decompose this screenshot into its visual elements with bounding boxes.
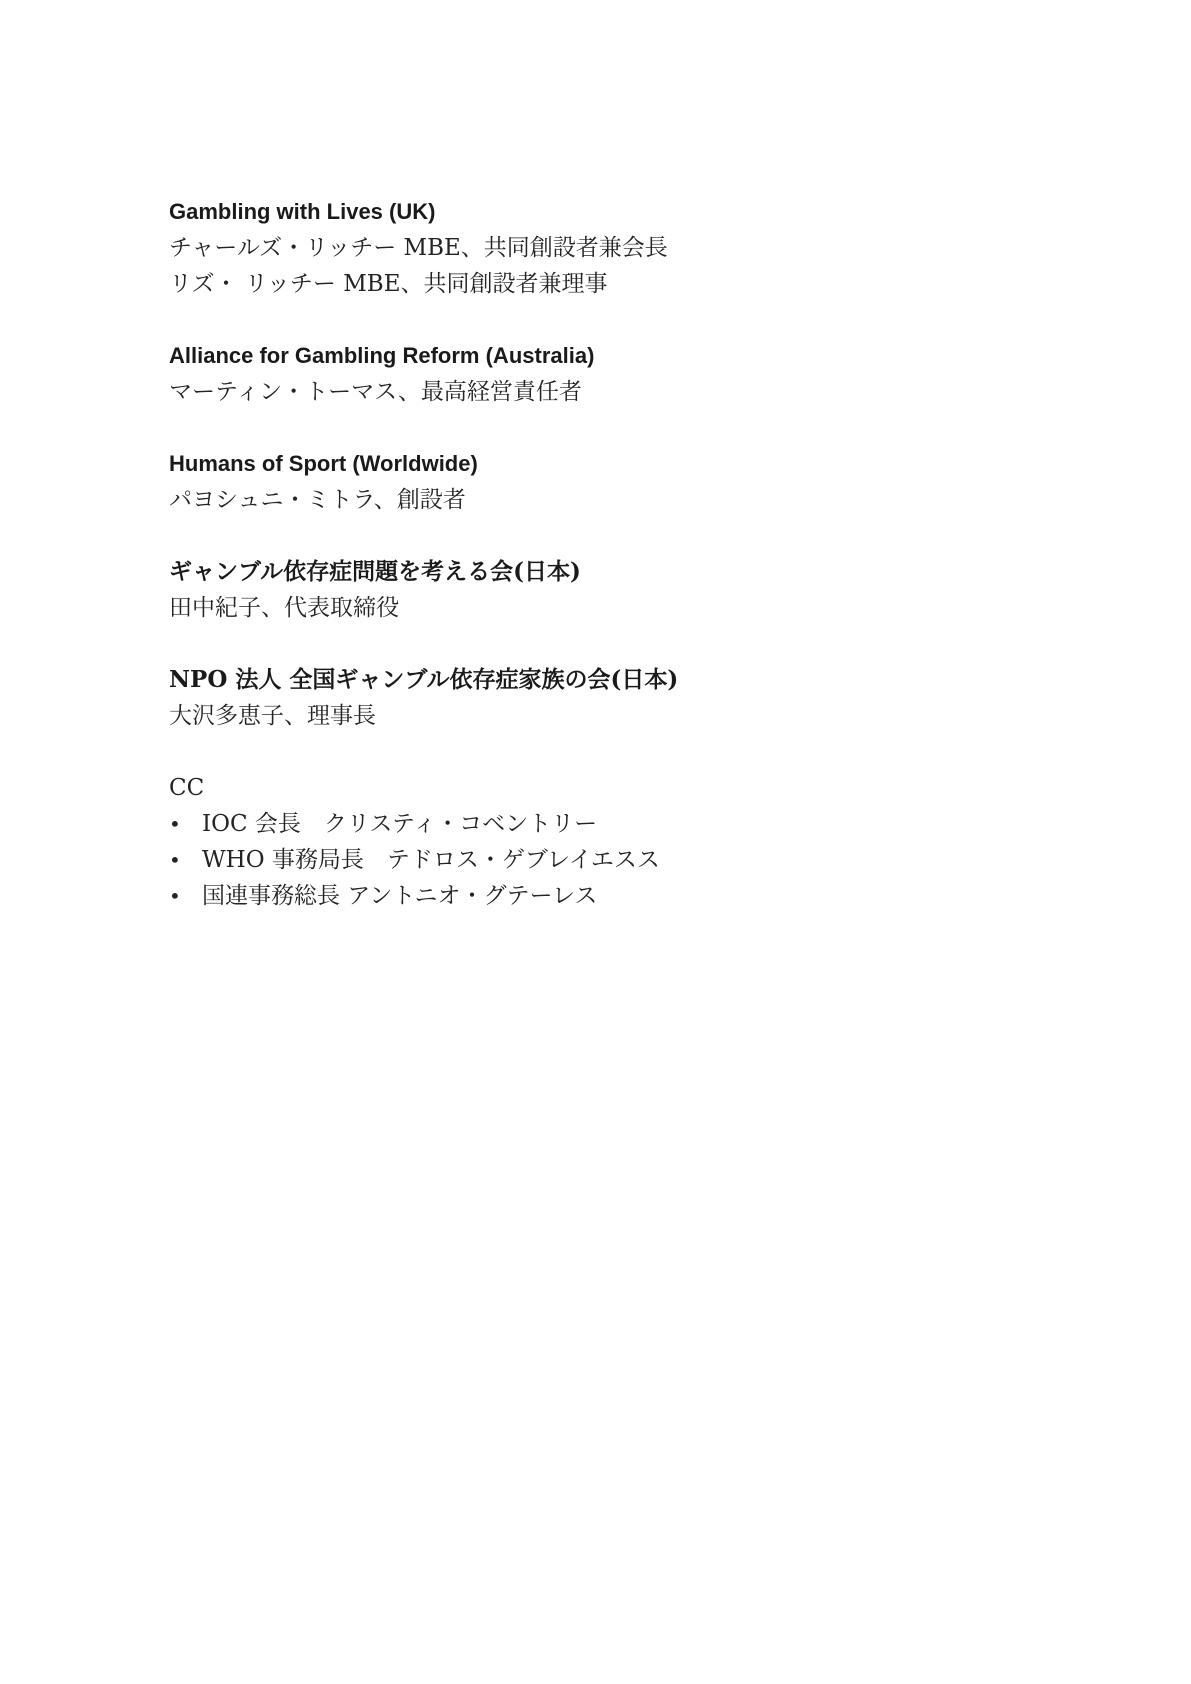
section-line: マーティン・トーマス、最高経営責任者 xyxy=(169,374,1029,410)
section-line: 田中紀子、代表取締役 xyxy=(169,590,1029,626)
section-gambling-addiction-society: ギャンブル依存症問題を考える会(日本) 田中紀子、代表取締役 xyxy=(169,554,1029,626)
bullet-icon: • xyxy=(169,806,202,842)
section-gambling-with-lives: Gambling with Lives (UK) チャールズ・リッチー MBE、… xyxy=(169,194,1029,302)
cc-item: • WHO 事務局長 テドロス・ゲブレイエスス xyxy=(169,842,1029,878)
section-line: チャールズ・リッチー MBE、共同創設者兼会長 xyxy=(169,230,1029,266)
section-heading: NPO 法人 全国ギャンブル依存症家族の会(日本) xyxy=(169,662,1029,698)
section-heading: Humans of Sport (Worldwide) xyxy=(169,446,1029,482)
cc-label: CC xyxy=(169,770,1029,806)
cc-block: CC • IOC 会長 クリスティ・コベントリー • WHO 事務局長 テドロス… xyxy=(169,770,1029,914)
cc-item-text: WHO 事務局長 テドロス・ゲブレイエスス xyxy=(202,842,660,878)
section-heading: Alliance for Gambling Reform (Australia) xyxy=(169,338,1029,374)
section-line: 大沢多恵子、理事長 xyxy=(169,698,1029,734)
section-npo-family-association: NPO 法人 全国ギャンブル依存症家族の会(日本) 大沢多恵子、理事長 xyxy=(169,662,1029,734)
bullet-icon: • xyxy=(169,878,202,914)
cc-item-text: 国連事務総長 アントニオ・グテーレス xyxy=(202,878,597,914)
document-content: Gambling with Lives (UK) チャールズ・リッチー MBE、… xyxy=(169,194,1029,950)
cc-item-text: IOC 会長 クリスティ・コベントリー xyxy=(202,806,597,842)
section-heading: ギャンブル依存症問題を考える会(日本) xyxy=(169,554,1029,590)
section-heading: Gambling with Lives (UK) xyxy=(169,194,1029,230)
document-page: Gambling with Lives (UK) チャールズ・リッチー MBE、… xyxy=(0,0,1191,1684)
section-line: リズ・ リッチー MBE、共同創設者兼理事 xyxy=(169,266,1029,302)
bullet-icon: • xyxy=(169,842,202,878)
section-alliance-gambling-reform: Alliance for Gambling Reform (Australia)… xyxy=(169,338,1029,410)
cc-item: • 国連事務総長 アントニオ・グテーレス xyxy=(169,878,1029,914)
cc-item: • IOC 会長 クリスティ・コベントリー xyxy=(169,806,1029,842)
section-line: パヨシュニ・ミトラ、創設者 xyxy=(169,482,1029,518)
section-humans-of-sport: Humans of Sport (Worldwide) パヨシュニ・ミトラ、創設… xyxy=(169,446,1029,518)
